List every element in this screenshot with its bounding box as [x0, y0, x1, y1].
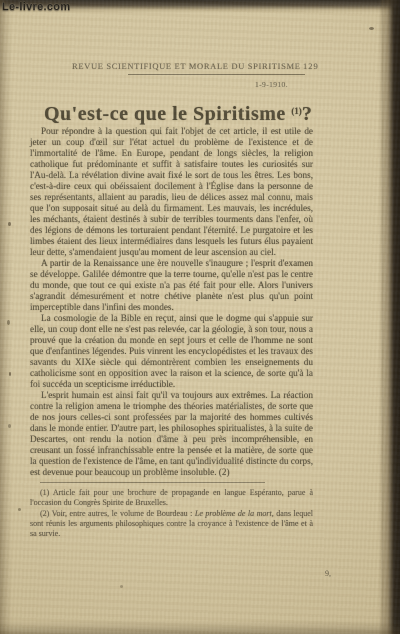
footnote-2-book-title: Le problème de la mort — [195, 509, 272, 518]
article-body: Pour répondre à la question qui fait l'o… — [30, 126, 313, 539]
left-edge-shadow — [0, 0, 12, 634]
paper-speck — [18, 508, 21, 511]
footnote-2: (2) Voir, entre autres, le volume de Bou… — [30, 509, 313, 540]
footnote-2-text: (2) Voir, entre autres, le volume de Bou… — [40, 509, 195, 518]
bottom-edge-shadow — [0, 620, 400, 634]
article-title: Qu'est-ce que le Spiritisme (1)? — [44, 103, 344, 126]
journal-header: REVUE SCIENTIFIQUE ET MORALE DU SPIRITIS… — [72, 61, 318, 71]
paper-crease — [381, 0, 384, 634]
body-paragraph: Pour répondre à la question qui fait l'o… — [30, 126, 313, 258]
paper-speck — [8, 222, 11, 226]
body-paragraph: A partir de la Renaissance une ère nouve… — [30, 258, 313, 313]
scanned-page: Le-livre.com REVUE SCIENTIFIQUE ET MORAL… — [0, 0, 400, 634]
footnote-1: (1) Article fait pour une brochure de pr… — [30, 488, 313, 509]
signature-mark: 9, — [325, 569, 331, 578]
title-question-mark: ? — [302, 103, 313, 125]
issue-date: 1-9-1910. — [255, 80, 288, 89]
watermark: Le-livre.com — [2, 1, 70, 13]
footnote-rule — [40, 482, 265, 483]
body-paragraph: La cosmologie de la Bible en reçut, ains… — [30, 313, 313, 390]
header-rule — [128, 74, 305, 75]
paper-speck — [8, 424, 11, 428]
paper-speck — [9, 372, 11, 376]
article-title-text: Qu'est-ce que le Spiritisme — [44, 103, 291, 125]
paper-speck — [7, 320, 10, 325]
body-paragraph: L'esprit humain est ainsi fait qu'il va … — [30, 390, 313, 478]
footnotes: (1) Article fait pour une brochure de pr… — [30, 488, 313, 539]
paper-speck — [369, 27, 374, 30]
title-footnote-ref: (1) — [291, 106, 302, 116]
page-number: 129 — [303, 61, 319, 71]
paper-speck — [120, 585, 123, 588]
